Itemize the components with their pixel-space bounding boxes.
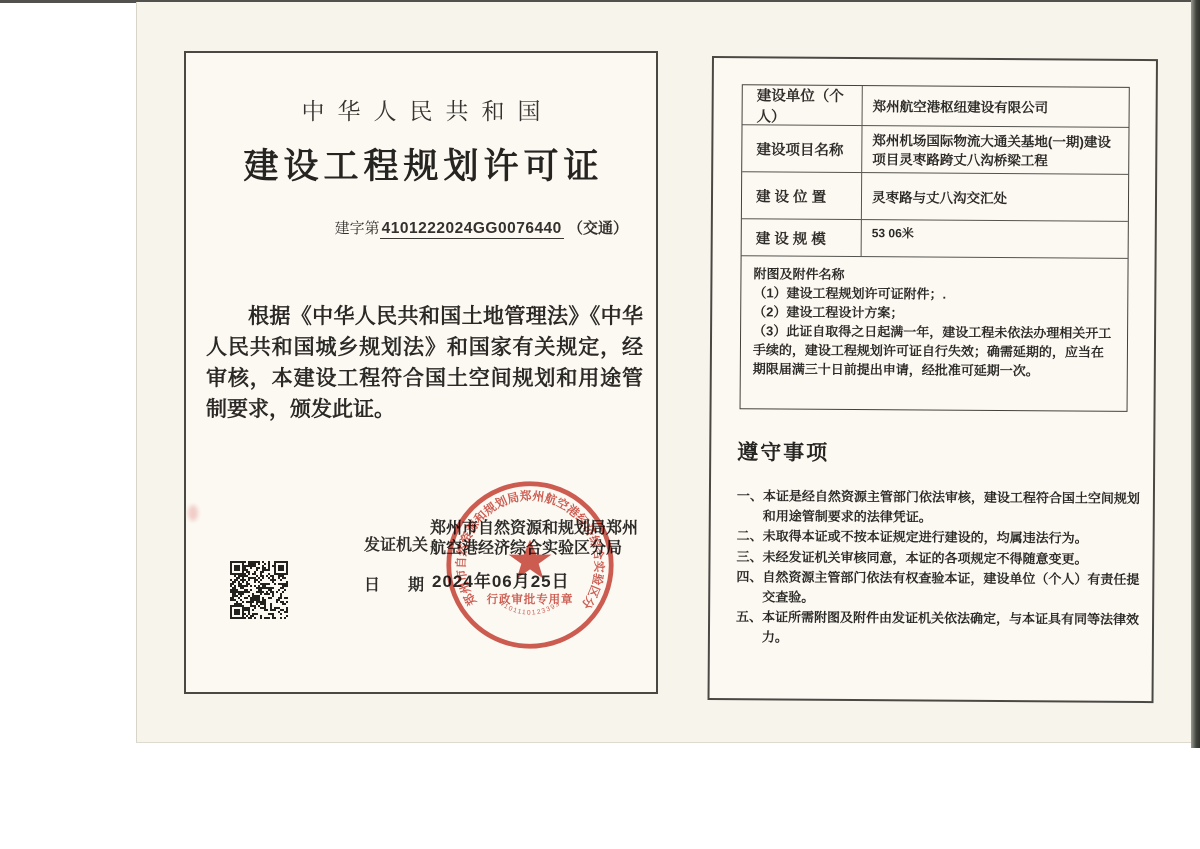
permit-cover-page: 中华人民共和国 建设工程规划许可证 建字第4101222024GG0076440… [184,51,658,694]
scan-edge-right [1191,0,1200,748]
notice-item: 四、自然资源主管部门依法有权查验本证，建设单位（个人）有责任提交查验。 [736,567,1142,609]
details-table: 建设单位（个人） 郑州航空港枢纽建设有限公司 建设项目名称 郑州机场国际物流大通… [740,84,1130,412]
row-label: 建设单位（个人） [743,85,863,125]
scanned-document: 中华人民共和国 建设工程规划许可证 建字第4101222024GG0076440… [0,0,1200,849]
attachment-item: （3）此证自取得之日起满一年，建设工程未依法办理相关开工手续的，建设工程规划许可… [753,321,1115,381]
official-seal: 郑州市自然资源和规划局郑州航空港经济综合实验区分局 行政审批专用章 410111… [444,479,616,651]
issuance-statement: 根据《中华人民共和国土地管理法》《中华人民共和国城乡规划法》和国家有关规定，经审… [206,301,643,425]
table-row: 建设项目名称 郑州机场国际物流大通关基地(一期)建设项目灵枣路跨丈八沟桥梁工程 [742,125,1128,175]
ink-smudge [188,505,198,521]
row-label: 建 设 位 置 [742,172,862,219]
notice-item: 三、未经发证机关审核同意，本证的各项规定不得随意变更。 [736,547,1142,569]
table-row: 建设单位（个人） 郑州航空港枢纽建设有限公司 [743,85,1129,128]
permit-details-page: 建设单位（个人） 郑州航空港枢纽建设有限公司 建设项目名称 郑州机场国际物流大通… [708,56,1158,703]
table-row: 建 设 位 置 灵枣路与丈八沟交汇处 [742,172,1128,222]
certificate-number-type: （交通） [568,220,628,237]
date-label: 日 期 [364,572,424,595]
certificate-number-line: 建字第4101222024GG0076440 （交通） [186,217,656,238]
row-label: 建 设 规 模 [742,219,862,256]
certificate-number-value: 4101222024GG0076440 [380,220,564,239]
issuer-label: 发证机关 [364,532,428,555]
country-title: 中华人民共和国 [186,93,656,126]
permit-title: 建设工程规划许可证 [186,139,656,189]
notice-item: 一、本证是经自然资源主管部门依法审核，建设工程符合国土空间规划和用途管制要求的法… [737,486,1143,528]
date-label-char: 期 [408,572,424,595]
table-row: 建 设 规 模 53 06米 [742,219,1128,259]
notices-title: 遵守事项 [737,436,829,467]
seal-ring-text: 郑州市自然资源和规划局郑州航空港经济综合实验区分局 [444,479,607,612]
notices-list: 一、本证是经自然资源主管部门依法审核，建设工程符合国土空间规划和用途管制要求的法… [736,486,1143,650]
row-value: 53 06米 [862,220,1128,258]
certificate-number-prefix: 建字第 [335,220,380,237]
qr-code [230,561,288,619]
row-label: 建设项目名称 [742,125,862,172]
date-label-char: 日 [364,572,380,595]
row-value: 郑州机场国际物流大通关基地(一期)建设项目灵枣路跨丈八沟桥梁工程 [862,126,1128,174]
notice-item: 二、未取得本证或不按本证规定进行建设的，均属违法行为。 [737,526,1143,548]
row-value: 郑州航空港枢纽建设有限公司 [863,86,1129,127]
attachment-item: （1）建设工程规划许可证附件；. [753,283,1115,305]
attachment-item: （2）建设工程设计方案； [753,302,1115,324]
attachments-title: 附图及附件名称 [753,264,1115,286]
attachments-block: 附图及附件名称 （1）建设工程规划许可证附件；. （2）建设工程设计方案； （3… [741,256,1128,411]
seal-star-icon [509,540,552,579]
row-value: 灵枣路与丈八沟交汇处 [862,173,1128,221]
notice-item: 五、本证所需附图及附件由发证机关依法确定，与本证具有同等法律效力。 [736,607,1142,649]
